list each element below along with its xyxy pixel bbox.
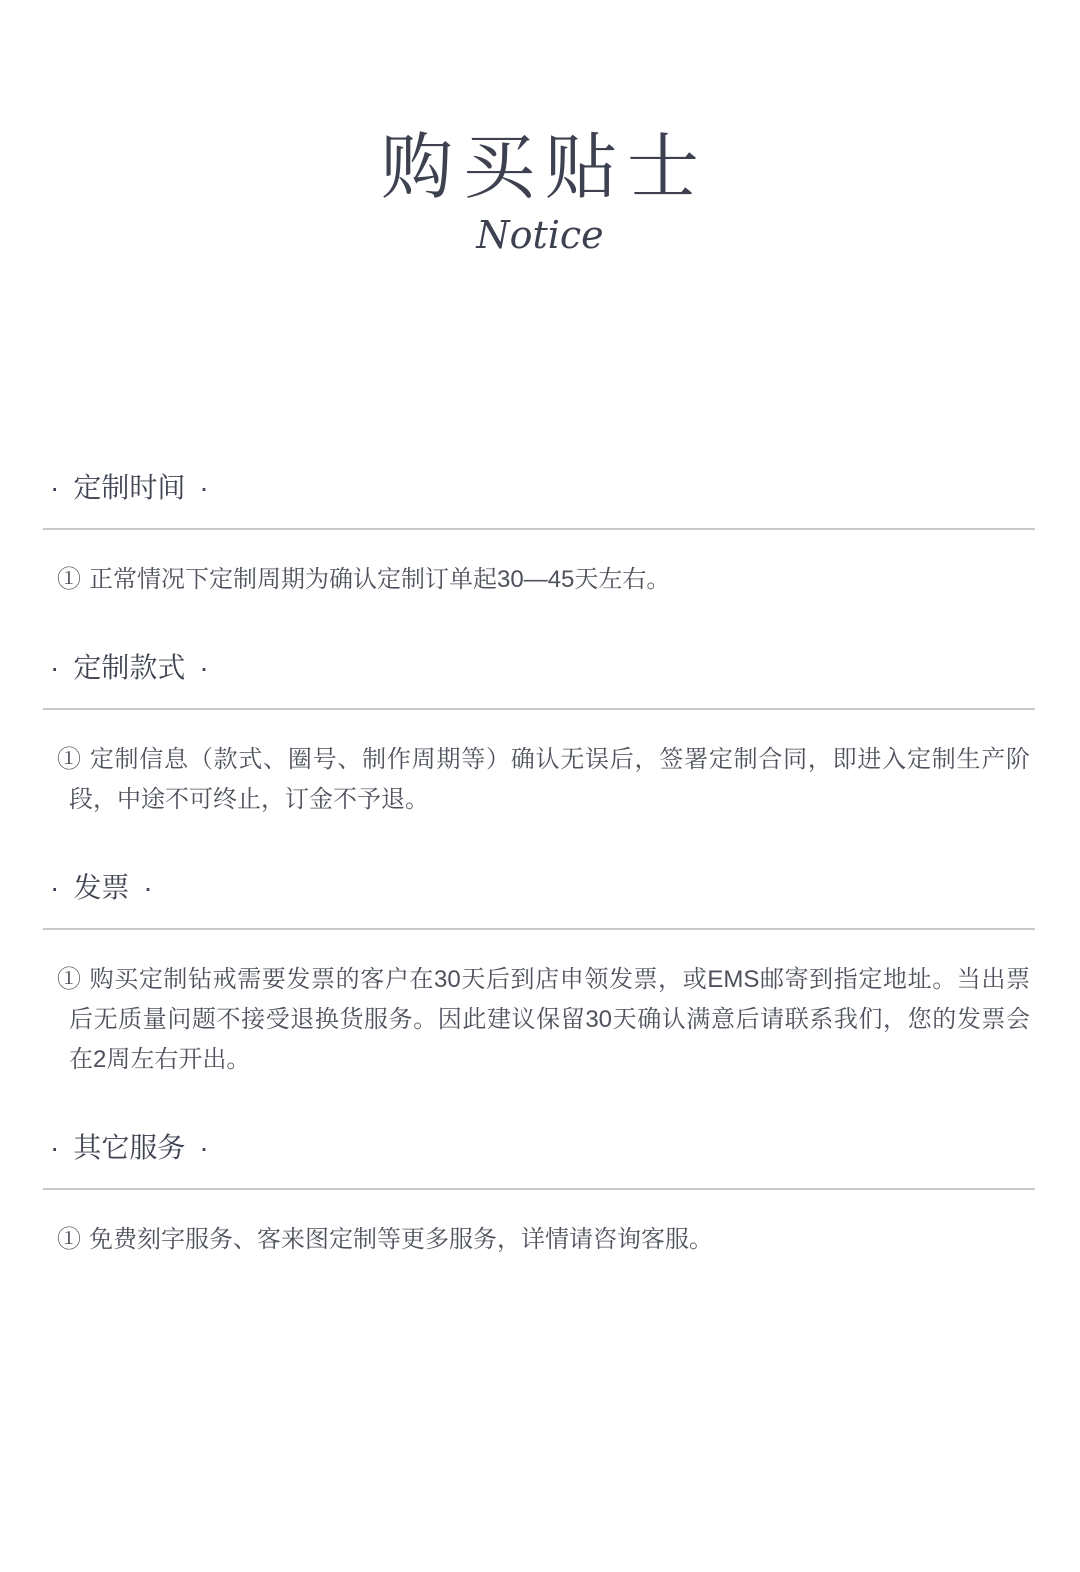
section-custom-time: · 定制时间 · ①正常情况下定制周期为确认定制订单起30—45天左右。 bbox=[0, 470, 1080, 600]
section-heading: · 发票 · bbox=[50, 870, 1080, 906]
section-heading-label: 定制款式 bbox=[73, 650, 185, 686]
section-divider bbox=[43, 1188, 1035, 1190]
heading-bullet-right: · bbox=[199, 650, 208, 686]
section-heading-label: 其它服务 bbox=[73, 1130, 185, 1166]
heading-bullet-right: · bbox=[143, 870, 152, 906]
section-other-services: · 其它服务 · ①免费刻字服务、客来图定制等更多服务，详情请咨询客服。 bbox=[0, 1130, 1080, 1260]
heading-bullet-right: · bbox=[199, 1130, 208, 1166]
item-number-marker: ① bbox=[57, 1226, 81, 1253]
heading-bullet-left: · bbox=[50, 470, 59, 506]
heading-bullet-left: · bbox=[50, 870, 59, 906]
section-heading: · 定制时间 · bbox=[50, 470, 1080, 506]
notice-item: ①定制信息（款式、圈号、制作周期等）确认无误后，签署定制合同，即进入定制生产阶段… bbox=[69, 740, 1030, 820]
heading-bullet-left: · bbox=[50, 650, 59, 686]
section-divider bbox=[43, 528, 1035, 530]
title-block: 购买贴士 Notice bbox=[0, 0, 1080, 254]
item-text: 定制信息（款式、圈号、制作周期等）确认无误后，签署定制合同，即进入定制生产阶段，… bbox=[69, 746, 1030, 813]
notice-item: ①免费刻字服务、客来图定制等更多服务，详情请咨询客服。 bbox=[69, 1220, 1030, 1260]
section-divider bbox=[43, 708, 1035, 710]
heading-bullet-right: · bbox=[199, 470, 208, 506]
section-heading: · 其它服务 · bbox=[50, 1130, 1080, 1166]
item-number-marker: ① bbox=[57, 746, 82, 773]
notice-content: · 定制时间 · ①正常情况下定制周期为确认定制订单起30—45天左右。 · 定… bbox=[0, 254, 1080, 1260]
item-text: 购买定制钻戒需要发票的客户在30天后到店申领发票，或EMS邮寄到指定地址。当出票… bbox=[69, 966, 1030, 1073]
item-text: 正常情况下定制周期为确认定制订单起30—45天左右。 bbox=[89, 566, 670, 593]
page-subtitle: Notice bbox=[0, 216, 1080, 254]
item-text: 免费刻字服务、客来图定制等更多服务，详情请咨询客服。 bbox=[89, 1226, 713, 1253]
section-heading-label: 定制时间 bbox=[73, 470, 185, 506]
section-invoice: · 发票 · ①购买定制钻戒需要发票的客户在30天后到店申领发票，或EMS邮寄到… bbox=[0, 870, 1080, 1080]
notice-page: 购买贴士 Notice · 定制时间 · ①正常情况下定制周期为确认定制订单起3… bbox=[0, 0, 1080, 1572]
notice-item: ①正常情况下定制周期为确认定制订单起30—45天左右。 bbox=[69, 560, 1030, 600]
page-title: 购买贴士 bbox=[0, 132, 1080, 204]
item-number-marker: ① bbox=[57, 566, 81, 593]
section-heading-label: 发票 bbox=[73, 870, 129, 906]
section-custom-style: · 定制款式 · ①定制信息（款式、圈号、制作周期等）确认无误后，签署定制合同，… bbox=[0, 650, 1080, 820]
heading-bullet-left: · bbox=[50, 1130, 59, 1166]
notice-item: ①购买定制钻戒需要发票的客户在30天后到店申领发票，或EMS邮寄到指定地址。当出… bbox=[69, 960, 1030, 1080]
item-number-marker: ① bbox=[57, 966, 82, 993]
section-divider bbox=[43, 928, 1035, 930]
section-heading: · 定制款式 · bbox=[50, 650, 1080, 686]
